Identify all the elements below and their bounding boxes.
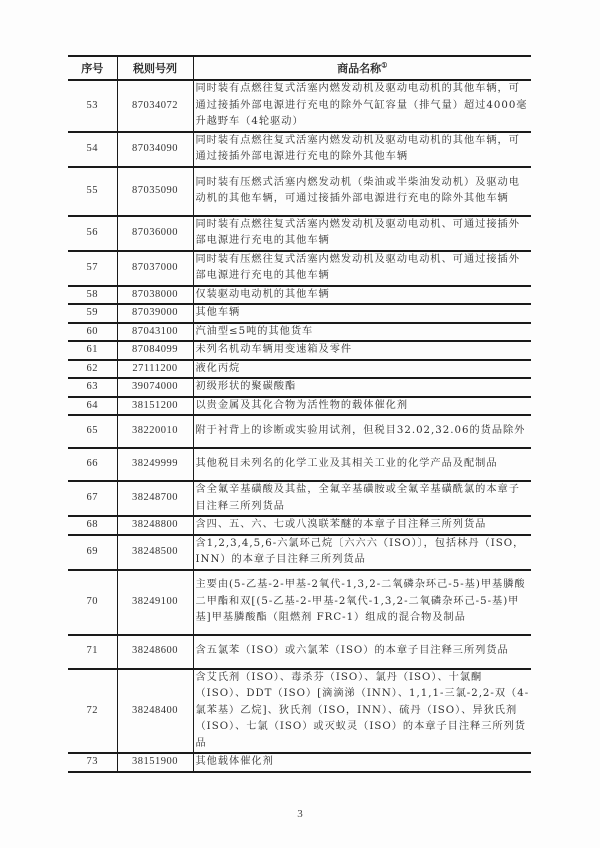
row-tariff-code: 87039000 [117, 304, 193, 323]
table-row: 5787037000同时装有压燃往复式活塞内燃发动机及驱动电动机、可通过接插外部… [68, 251, 531, 286]
row-tariff-code: 38248600 [117, 635, 193, 669]
row-product-name: 同时装有点燃往复式活塞内燃发动机及驱动电动机的其他车辆，可通过接插外部电源进行充… [193, 132, 531, 167]
row-tariff-code: 39074000 [117, 378, 193, 397]
row-product-name: 主要由(5-乙基-2-甲基-2氧代-1,3,2-二氧磷杂环己-5-基)甲基膦酸二… [193, 570, 531, 635]
row-product-name: 仅装驱动电动机的其他车辆 [193, 286, 531, 305]
row-product-name: 含1,2,3,4,5,6-六氯环己烷〔六六六（ISO）〕，包括林丹（ISO，IN… [193, 535, 531, 570]
table-row: 6339074000初级形状的聚碳酸酯 [68, 378, 531, 397]
row-product-name: 初级形状的聚碳酸酯 [193, 378, 531, 397]
table-row: 6538220010附于衬背上的诊断或实验用试剂，但税目32.02,32.06的… [68, 415, 531, 448]
row-serial-number: 65 [68, 415, 117, 448]
row-tariff-code: 38248400 [117, 669, 193, 754]
row-tariff-code: 87043100 [117, 323, 193, 342]
row-serial-number: 54 [68, 132, 117, 167]
row-product-name: 同时装有点燃往复式活塞内燃发动机及驱动电动机的其他车辆，可通过接插外部电源进行充… [193, 80, 531, 132]
row-serial-number: 57 [68, 251, 117, 286]
row-product-name: 未列名机动车辆用变速箱及零件 [193, 341, 531, 360]
row-tariff-code: 87036000 [117, 216, 193, 251]
row-tariff-code: 87034090 [117, 132, 193, 167]
row-serial-number: 67 [68, 481, 117, 516]
row-product-name: 其他车辆 [193, 304, 531, 323]
row-serial-number: 62 [68, 360, 117, 379]
row-product-name: 以贵金属及其化合物为活性物的载体催化剂 [193, 397, 531, 416]
table-row: 5587035090同时装有压燃式活塞内燃发动机（柴油或半柴油发动机）及驱动电动… [68, 167, 531, 216]
table-row: 6227111200液化丙烷 [68, 360, 531, 379]
row-serial-number: 60 [68, 323, 117, 342]
row-tariff-code: 38248800 [117, 516, 193, 535]
footnote-marker: ① [381, 60, 387, 69]
row-serial-number: 69 [68, 535, 117, 570]
table-row: 5387034072同时装有点燃往复式活塞内燃发动机及驱动电动机的其他车辆，可通… [68, 80, 531, 132]
table-row: 7238248400含艾氏剂（ISO）、毒杀芬（ISO）、氯丹（ISO）、十氯酮… [68, 669, 531, 754]
table-row: 5487034090同时装有点燃往复式活塞内燃发动机及驱动电动机的其他车辆，可通… [68, 132, 531, 167]
row-tariff-code: 38151200 [117, 397, 193, 416]
row-serial-number: 68 [68, 516, 117, 535]
row-product-name: 其他载体催化剂 [193, 753, 531, 772]
row-tariff-code: 87034072 [117, 80, 193, 132]
table-row: 7038249100主要由(5-乙基-2-甲基-2氧代-1,3,2-二氧磷杂环己… [68, 570, 531, 635]
row-tariff-code: 87038000 [117, 286, 193, 305]
table-body: 5387034072同时装有点燃往复式活塞内燃发动机及驱动电动机的其他车辆，可通… [68, 80, 531, 772]
row-serial-number: 66 [68, 448, 117, 481]
row-serial-number: 71 [68, 635, 117, 669]
row-tariff-code: 38151900 [117, 753, 193, 772]
header-serial-number: 序号 [68, 56, 117, 80]
row-tariff-code: 38249999 [117, 448, 193, 481]
tariff-table: 序号 税则号列 商品名称① 5387034072同时装有点燃往复式活塞内燃发动机… [68, 55, 531, 773]
table-row: 5687036000同时装有点燃往复式活塞内燃发动机及驱动电动机、可通过接插外部… [68, 216, 531, 251]
table-row: 6738248700含全氟辛基磺酸及其盐，全氟辛基磺胺或全氟辛基磺酰氯的本章子目… [68, 481, 531, 516]
row-serial-number: 63 [68, 378, 117, 397]
table-row: 6938248500含1,2,3,4,5,6-六氯环己烷〔六六六（ISO）〕，包… [68, 535, 531, 570]
row-tariff-code: 38248500 [117, 535, 193, 570]
table-row: 6638249999其他税目未列名的化学工业及其相关工业的化学产品及配制品 [68, 448, 531, 481]
row-serial-number: 72 [68, 669, 117, 754]
row-serial-number: 55 [68, 167, 117, 216]
row-serial-number: 70 [68, 570, 117, 635]
table-row: 7138248600含五氯苯（ISO）或六氯苯（ISO）的本章子目注释三所列货品 [68, 635, 531, 669]
row-product-name: 含四、五、六、七或八溴联苯醚的本章子目注释三所列货品 [193, 516, 531, 535]
row-product-name: 含五氯苯（ISO）或六氯苯（ISO）的本章子目注释三所列货品 [193, 635, 531, 669]
row-serial-number: 73 [68, 753, 117, 772]
row-serial-number: 56 [68, 216, 117, 251]
row-product-name: 含全氟辛基磺酸及其盐，全氟辛基磺胺或全氟辛基磺酰氯的本章子目注释三所列货品 [193, 481, 531, 516]
header-product-name: 商品名称① [193, 56, 531, 80]
row-tariff-code: 38220010 [117, 415, 193, 448]
page-number: 3 [0, 808, 600, 820]
row-serial-number: 64 [68, 397, 117, 416]
row-tariff-code: 87084099 [117, 341, 193, 360]
row-serial-number: 53 [68, 80, 117, 132]
row-tariff-code: 87037000 [117, 251, 193, 286]
row-product-name: 同时装有点燃往复式活塞内燃发动机及驱动电动机、可通过接插外部电源进行充电的其他车… [193, 216, 531, 251]
document-page: 序号 税则号列 商品名称① 5387034072同时装有点燃往复式活塞内燃发动机… [0, 0, 600, 848]
row-product-name: 同时装有压燃式活塞内燃发动机（柴油或半柴油发动机）及驱动电动机的其他车辆，可通过… [193, 167, 531, 216]
table-row: 6087043100汽油型≤5吨的其他货车 [68, 323, 531, 342]
row-tariff-code: 38248700 [117, 481, 193, 516]
row-product-name: 附于衬背上的诊断或实验用试剂，但税目32.02,32.06的货品除外 [193, 415, 531, 448]
table-header-row: 序号 税则号列 商品名称① [68, 56, 531, 80]
row-product-name: 同时装有压燃往复式活塞内燃发动机及驱动电动机、可通过接插外部电源进行充电的其他车… [193, 251, 531, 286]
row-serial-number: 58 [68, 286, 117, 305]
table-row: 5887038000仅装驱动电动机的其他车辆 [68, 286, 531, 305]
table-row: 5987039000其他车辆 [68, 304, 531, 323]
row-tariff-code: 38249100 [117, 570, 193, 635]
row-product-name: 含艾氏剂（ISO）、毒杀芬（ISO）、氯丹（ISO）、十氯酮（ISO）、DDT（… [193, 669, 531, 754]
table-row: 6838248800含四、五、六、七或八溴联苯醚的本章子目注释三所列货品 [68, 516, 531, 535]
row-product-name: 液化丙烷 [193, 360, 531, 379]
table-row: 7338151900其他载体催化剂 [68, 753, 531, 772]
header-product-name-label: 商品名称 [337, 62, 381, 75]
row-serial-number: 59 [68, 304, 117, 323]
row-product-name: 其他税目未列名的化学工业及其相关工业的化学产品及配制品 [193, 448, 531, 481]
row-serial-number: 61 [68, 341, 117, 360]
table-row: 6438151200以贵金属及其化合物为活性物的载体催化剂 [68, 397, 531, 416]
header-tariff-code: 税则号列 [117, 56, 193, 80]
table-row: 6187084099未列名机动车辆用变速箱及零件 [68, 341, 531, 360]
row-product-name: 汽油型≤5吨的其他货车 [193, 323, 531, 342]
row-tariff-code: 27111200 [117, 360, 193, 379]
row-tariff-code: 87035090 [117, 167, 193, 216]
